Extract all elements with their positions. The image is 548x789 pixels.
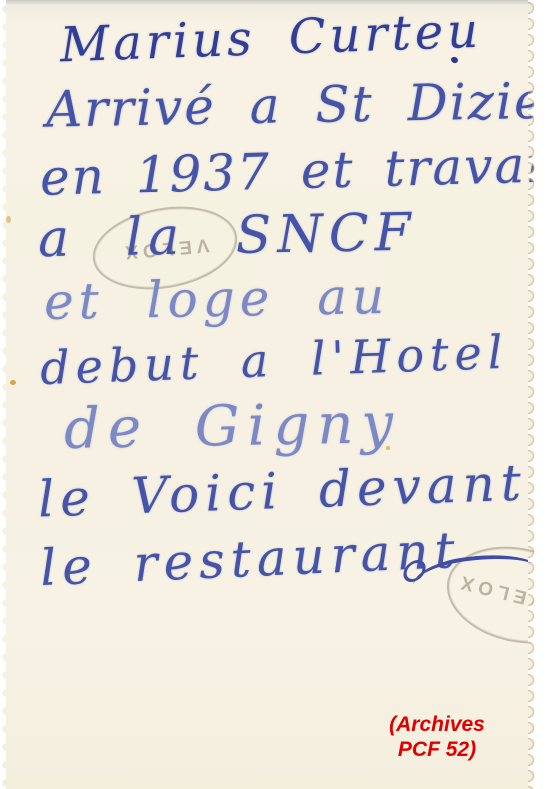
photo-paper: VELOX VELOX Marius Curteu Arrivé a St Di… [0,0,548,789]
deckle-edge-right [528,0,548,789]
paper-speck [386,446,390,450]
paper-speck [6,216,11,223]
handwriting-line: le Voici devant [37,453,528,528]
handwriting-line: debut a l'Hotel [39,325,509,395]
handwriting-line: Marius Curteu [59,3,483,74]
archive-caption-line1: (Archives [378,712,496,737]
deckle-edge-left [0,0,6,789]
handwriting-line: a la SNCF [38,203,418,270]
handwriting-line: et loge au [44,267,390,331]
handwriting-line: en 1937 et travail [39,135,548,207]
scanned-photo-back: VELOX VELOX Marius Curteu Arrivé a St Di… [0,0,548,789]
handwriting-line: de Gigny [63,391,401,462]
handwriting-line: Arrivé a St Dizier [46,71,548,138]
archive-caption: (Archives PCF 52) [378,712,496,762]
archive-caption-line2: PCF 52) [378,737,496,762]
photo-top-edge-shadow [0,0,548,5]
handwriting-line: le restaurant [39,521,462,597]
paper-speck [10,380,16,385]
